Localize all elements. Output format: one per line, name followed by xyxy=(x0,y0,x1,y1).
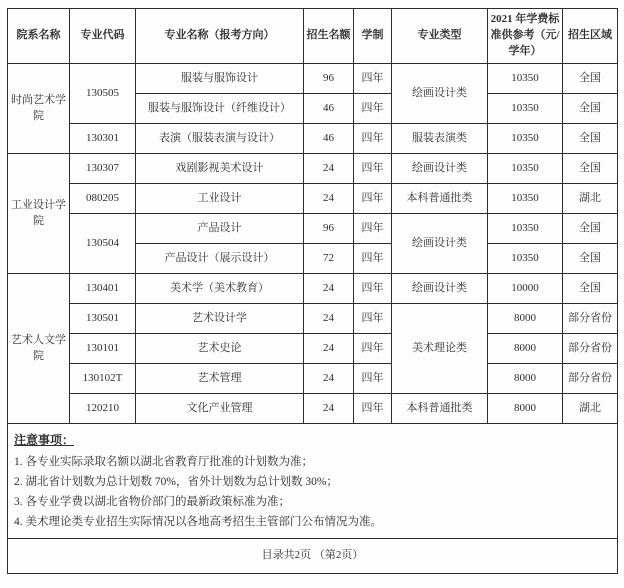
table-row: 130501 艺术设计学 24 四年 美术理论类 8000 部分省份 xyxy=(8,304,618,334)
code-cell: 080205 xyxy=(70,184,136,214)
duration-cell: 四年 xyxy=(354,64,392,94)
type-cell: 本科普通批类 xyxy=(392,394,488,424)
type-cell: 本科普通批类 xyxy=(392,184,488,214)
region-cell: 全国 xyxy=(563,94,618,124)
code-cell: 130401 xyxy=(70,274,136,304)
code-cell: 130301 xyxy=(70,124,136,154)
header-duration: 学制 xyxy=(354,9,392,64)
header-region: 招生区域 xyxy=(563,9,618,64)
header-fee: 2021 年学费标准供参考（元/学年） xyxy=(488,9,563,64)
major-cell: 美术学（美术教育） xyxy=(136,274,304,304)
type-cell: 绘画设计类 xyxy=(392,214,488,274)
major-cell: 艺术管理 xyxy=(136,364,304,394)
page-footer: 目录共2页 （第2页） xyxy=(8,539,618,574)
type-cell: 绘画设计类 xyxy=(392,154,488,184)
code-cell: 130307 xyxy=(70,154,136,184)
table-row: 130101 艺术史论 24 四年 8000 部分省份 xyxy=(8,334,618,364)
code-cell: 130102T xyxy=(70,364,136,394)
region-cell: 部分省份 xyxy=(563,334,618,364)
notes-section: 注意事项： 1. 各专业实际录取名额以湖北省教育厅批准的计划数为准； 2. 湖北… xyxy=(8,424,618,539)
fee-cell: 10000 xyxy=(488,274,563,304)
duration-cell: 四年 xyxy=(354,154,392,184)
region-cell: 湖北 xyxy=(563,184,618,214)
quota-cell: 46 xyxy=(304,94,354,124)
major-cell: 产品设计（展示设计） xyxy=(136,244,304,274)
duration-cell: 四年 xyxy=(354,94,392,124)
code-cell: 130505 xyxy=(70,64,136,124)
note-item: 4. 美术理论类专业招生实际情况以各地高考招生主管部门公布情况为准。 xyxy=(14,512,611,532)
quota-cell: 46 xyxy=(304,124,354,154)
duration-cell: 四年 xyxy=(354,184,392,214)
fee-cell: 8000 xyxy=(488,334,563,364)
quota-cell: 24 xyxy=(304,304,354,334)
quota-cell: 24 xyxy=(304,334,354,364)
admissions-table: 院系名称 专业代码 专业名称（报考方向） 招生名额 学制 专业类型 2021 年… xyxy=(7,8,618,574)
region-cell: 全国 xyxy=(563,154,618,184)
fee-cell: 10350 xyxy=(488,64,563,94)
table-row: 080205 工业设计 24 四年 本科普通批类 10350 湖北 xyxy=(8,184,618,214)
major-cell: 艺术设计学 xyxy=(136,304,304,334)
duration-cell: 四年 xyxy=(354,394,392,424)
major-cell: 戏剧影视美术设计 xyxy=(136,154,304,184)
region-cell: 部分省份 xyxy=(563,304,618,334)
table-row: 时尚艺术学院 130505 服装与服饰设计 96 四年 绘画设计类 10350 … xyxy=(8,64,618,94)
type-cell: 服装表演类 xyxy=(392,124,488,154)
duration-cell: 四年 xyxy=(354,334,392,364)
region-cell: 全国 xyxy=(563,124,618,154)
type-cell: 绘画设计类 xyxy=(392,274,488,304)
major-cell: 服装与服饰设计（纤维设计） xyxy=(136,94,304,124)
document-page: 院系名称 专业代码 专业名称（报考方向） 招生名额 学制 专业类型 2021 年… xyxy=(0,0,624,588)
table-row: 工业设计学院 130307 戏剧影视美术设计 24 四年 绘画设计类 10350… xyxy=(8,154,618,184)
duration-cell: 四年 xyxy=(354,304,392,334)
header-row: 院系名称 专业代码 专业名称（报考方向） 招生名额 学制 专业类型 2021 年… xyxy=(8,9,618,64)
duration-cell: 四年 xyxy=(354,274,392,304)
region-cell: 部分省份 xyxy=(563,364,618,394)
notes-title: 注意事项： xyxy=(14,432,611,449)
major-cell: 工业设计 xyxy=(136,184,304,214)
fee-cell: 10350 xyxy=(488,184,563,214)
duration-cell: 四年 xyxy=(354,364,392,394)
quota-cell: 96 xyxy=(304,214,354,244)
quota-cell: 24 xyxy=(304,364,354,394)
note-item: 1. 各专业实际录取名额以湖北省教育厅批准的计划数为准； xyxy=(14,452,611,472)
quota-cell: 72 xyxy=(304,244,354,274)
fee-cell: 8000 xyxy=(488,304,563,334)
header-major: 专业名称（报考方向） xyxy=(136,9,304,64)
region-cell: 全国 xyxy=(563,244,618,274)
duration-cell: 四年 xyxy=(354,214,392,244)
header-code: 专业代码 xyxy=(70,9,136,64)
region-cell: 全国 xyxy=(563,274,618,304)
dept-cell: 时尚艺术学院 xyxy=(8,64,70,154)
note-item: 2. 湖北省计划数为总计划数 70%，省外计划数为总计划数 30%； xyxy=(14,472,611,492)
region-cell: 湖北 xyxy=(563,394,618,424)
duration-cell: 四年 xyxy=(354,124,392,154)
type-cell: 美术理论类 xyxy=(392,304,488,394)
header-dept: 院系名称 xyxy=(8,9,70,64)
dept-cell: 工业设计学院 xyxy=(8,154,70,274)
fee-cell: 10350 xyxy=(488,154,563,184)
quota-cell: 96 xyxy=(304,64,354,94)
header-type: 专业类型 xyxy=(392,9,488,64)
table-row: 艺术人文学院 130401 美术学（美术教育） 24 四年 绘画设计类 1000… xyxy=(8,274,618,304)
notes-row: 注意事项： 1. 各专业实际录取名额以湖北省教育厅批准的计划数为准； 2. 湖北… xyxy=(8,424,618,539)
code-cell: 130504 xyxy=(70,214,136,274)
code-cell: 130101 xyxy=(70,334,136,364)
footer-row: 目录共2页 （第2页） xyxy=(8,539,618,574)
type-cell: 绘画设计类 xyxy=(392,64,488,124)
fee-cell: 10350 xyxy=(488,124,563,154)
major-cell: 产品设计 xyxy=(136,214,304,244)
major-cell: 文化产业管理 xyxy=(136,394,304,424)
code-cell: 120210 xyxy=(70,394,136,424)
code-cell: 130501 xyxy=(70,304,136,334)
major-cell: 服装与服饰设计 xyxy=(136,64,304,94)
fee-cell: 10350 xyxy=(488,94,563,124)
quota-cell: 24 xyxy=(304,394,354,424)
fee-cell: 10350 xyxy=(488,214,563,244)
quota-cell: 24 xyxy=(304,274,354,304)
major-cell: 艺术史论 xyxy=(136,334,304,364)
table-row: 130102T 艺术管理 24 四年 8000 部分省份 xyxy=(8,364,618,394)
fee-cell: 10350 xyxy=(488,244,563,274)
note-item: 3. 各专业学费以湖北省物价部门的最新政策标准为准； xyxy=(14,492,611,512)
fee-cell: 8000 xyxy=(488,394,563,424)
fee-cell: 8000 xyxy=(488,364,563,394)
table-row: 120210 文化产业管理 24 四年 本科普通批类 8000 湖北 xyxy=(8,394,618,424)
table-row: 130301 表演（服装表演与设计） 46 四年 服装表演类 10350 全国 xyxy=(8,124,618,154)
dept-cell: 艺术人文学院 xyxy=(8,274,70,424)
duration-cell: 四年 xyxy=(354,244,392,274)
region-cell: 全国 xyxy=(563,214,618,244)
major-cell: 表演（服装表演与设计） xyxy=(136,124,304,154)
header-quota: 招生名额 xyxy=(304,9,354,64)
table-row: 130504 产品设计 96 四年 绘画设计类 10350 全国 xyxy=(8,214,618,244)
region-cell: 全国 xyxy=(563,64,618,94)
quota-cell: 24 xyxy=(304,184,354,214)
quota-cell: 24 xyxy=(304,154,354,184)
